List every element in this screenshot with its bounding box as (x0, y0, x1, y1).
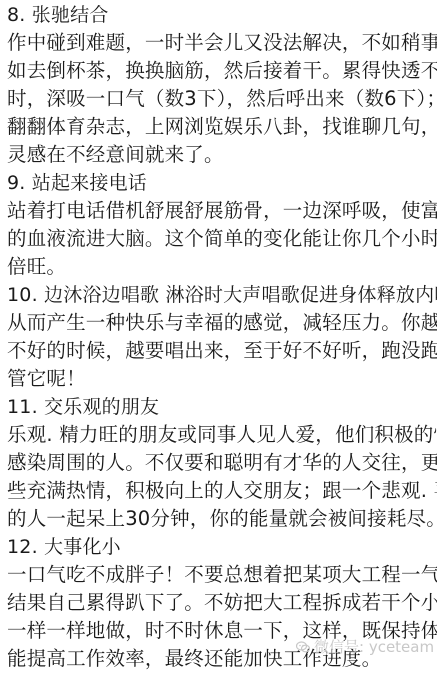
paragraph-line: 从而产生一种快乐与幸福的感觉，减轻压力。你越是心情 (7, 309, 435, 337)
article-body: 8. 张驰结合 作中碰到难题，一时半会儿又没法解决，不如稍事休息， 如去倒杯茶，… (7, 1, 435, 673)
section-9: 9. 站起来接电话 站着打电话借机舒展舒展筋骨，一边深呼吸，使富含氧气 的血液流… (7, 169, 435, 281)
section-10: 10. 边沐浴边唱歌 淋浴时大声唱歌促进身体释放内啡呔， 从而产生一种快乐与幸福… (7, 281, 435, 393)
paragraph-line: 乐观. 精力旺的朋友或同事人见人爱，他们积极的情绪总能 (7, 421, 435, 449)
section-heading: 10. 边沐浴边唱歌 淋浴时大声唱歌促进身体释放内啡呔， (7, 281, 435, 309)
paragraph-line: 翻翻体育杂志，上网浏览娱乐八卦，找谁聊几句，说不定 (7, 113, 435, 141)
section-11: 11. 交乐观的朋友 乐观. 精力旺的朋友或同事人见人爱，他们积极的情绪总能 感… (7, 393, 435, 533)
paragraph-line: 作中碰到难题，一时半会儿又没法解决，不如稍事休息， (7, 29, 435, 57)
paragraph-line: 的血液流进大脑。这个简单的变化能让你几个小时都精两 (7, 225, 435, 253)
paragraph-line: 些充满热情，积极向上的人交朋友；跟一个悲观. 喜欢抱怨 (7, 477, 435, 505)
paragraph-line: 灵感在不经意间就来了。 (7, 141, 435, 169)
section-heading: 9. 站起来接电话 (7, 169, 435, 197)
paragraph-line: 一口气吃不成胖子！不要总想着把某项大工程一气做完， (7, 561, 435, 589)
paragraph-line: 的人一起呆上30分钟，你的能量就会被间接耗尽。 (7, 505, 435, 533)
paragraph-line: 管它呢！ (7, 365, 435, 393)
paragraph-line: 时，深吸一口气（数3下），然后呼出来（数6下）；或者 (7, 85, 435, 113)
paragraph-line: 结果自己累得趴下了。不妨把大工程拆成若干个小工程， (7, 589, 435, 617)
paragraph-line: 站着打电话借机舒展舒展筋骨，一边深呼吸，使富含氧气 (7, 197, 435, 225)
wechat-watermark: 微信号: yceteam (296, 637, 434, 657)
watermark-text: 微信号: yceteam (314, 638, 434, 656)
paragraph-line: 倍旺。 (7, 253, 435, 281)
paragraph-line: 如去倒杯茶，换换脑筋，然后接着干。累得快透不过气来 (7, 57, 435, 85)
section-heading: 11. 交乐观的朋友 (7, 393, 435, 421)
paragraph-line: 不好的时候，越要唱出来，至于好不好听，跑没跑调，你 (7, 337, 435, 365)
paragraph-line: 感染周围的人。不仅要和聪明有才华的人交往，更要和那 (7, 449, 435, 477)
section-heading: 12. 大事化小 (7, 533, 435, 561)
section-8: 8. 张驰结合 作中碰到难题，一时半会儿又没法解决，不如稍事休息， 如去倒杯茶，… (7, 1, 435, 169)
wechat-icon (296, 638, 310, 650)
section-heading: 8. 张驰结合 (7, 1, 435, 29)
